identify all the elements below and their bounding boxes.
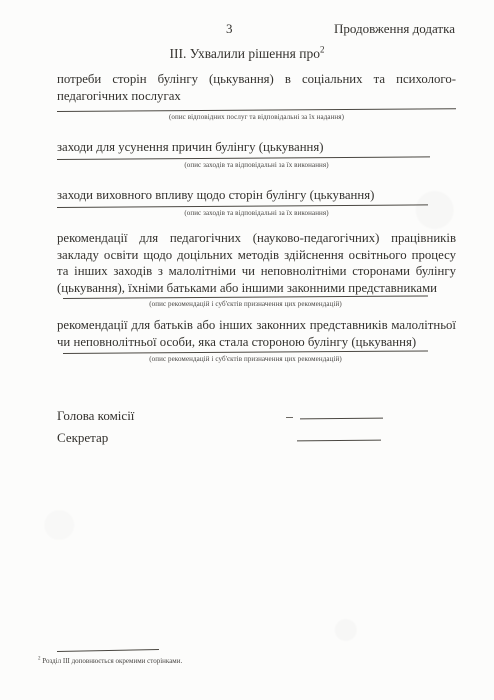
heading-footnote-ref: 2 xyxy=(320,45,325,55)
signature-row-secretary: Секретар xyxy=(57,430,455,446)
fill-in-line xyxy=(57,108,456,112)
signature-label: Голова комісії xyxy=(57,408,134,423)
header-continuation-label: Продовження додатка xyxy=(334,21,455,37)
field-educational-influence-measures: заходи виховного впливу щодо сторін булі… xyxy=(57,187,456,217)
signature-dash-mark xyxy=(286,417,293,418)
signature-row-commission-head: Голова комісії xyxy=(57,408,455,424)
footnote-divider xyxy=(57,649,159,652)
fill-in-line xyxy=(57,204,428,208)
section-heading-text: ІІІ. Ухвалили рішення про xyxy=(170,46,320,61)
fill-in-line xyxy=(57,156,430,160)
fill-in-caption: (опис відповідних послуг та відповідальн… xyxy=(57,113,456,121)
field-recommendations-for-staff: рекомендації для педагогічних (науково-п… xyxy=(57,230,456,308)
fill-in-line xyxy=(63,350,428,354)
document-page: 3 Продовження додатка ІІІ. Ухвалили ріше… xyxy=(0,0,494,700)
fill-in-caption: (опис заходів та відповідальні за їх вик… xyxy=(57,209,456,217)
footnote: 2 Розділ ІІІ доповнюється окремими сторі… xyxy=(38,657,182,665)
page-number: 3 xyxy=(226,21,233,37)
fill-in-caption: (опис заходів та відповідальні за їх вик… xyxy=(57,161,456,169)
signature-line xyxy=(300,418,383,420)
fill-in-caption: (опис рекомендацій і суб'єктів призначен… xyxy=(57,355,434,363)
footnote-ref: 2 xyxy=(38,657,41,662)
field-recommendations-for-parents: рекомендації для батьків або інших закон… xyxy=(57,317,456,363)
footnote-text: Розділ ІІІ доповнюється окремими сторінк… xyxy=(42,657,182,665)
field-measures-remove-causes: заходи для усунення причин булінгу (цьку… xyxy=(57,139,456,169)
section-heading: ІІІ. Ухвалили рішення про2 xyxy=(0,46,494,62)
field-needs-of-bullying-parties: потреби сторін булінгу (цькування) в соц… xyxy=(57,71,456,121)
field-text: заходи виховного впливу щодо сторін булі… xyxy=(57,187,456,204)
field-text: рекомендації для педагогічних (науково-п… xyxy=(57,230,456,296)
signature-label: Секретар xyxy=(57,430,108,445)
fill-in-caption: (опис рекомендацій і суб'єктів призначен… xyxy=(57,300,434,308)
signature-line xyxy=(297,440,381,442)
field-text: потреби сторін булінгу (цькування) в соц… xyxy=(57,71,456,104)
field-text: заходи для усунення причин булінгу (цьку… xyxy=(57,139,456,156)
field-text: рекомендації для батьків або інших закон… xyxy=(57,317,456,350)
